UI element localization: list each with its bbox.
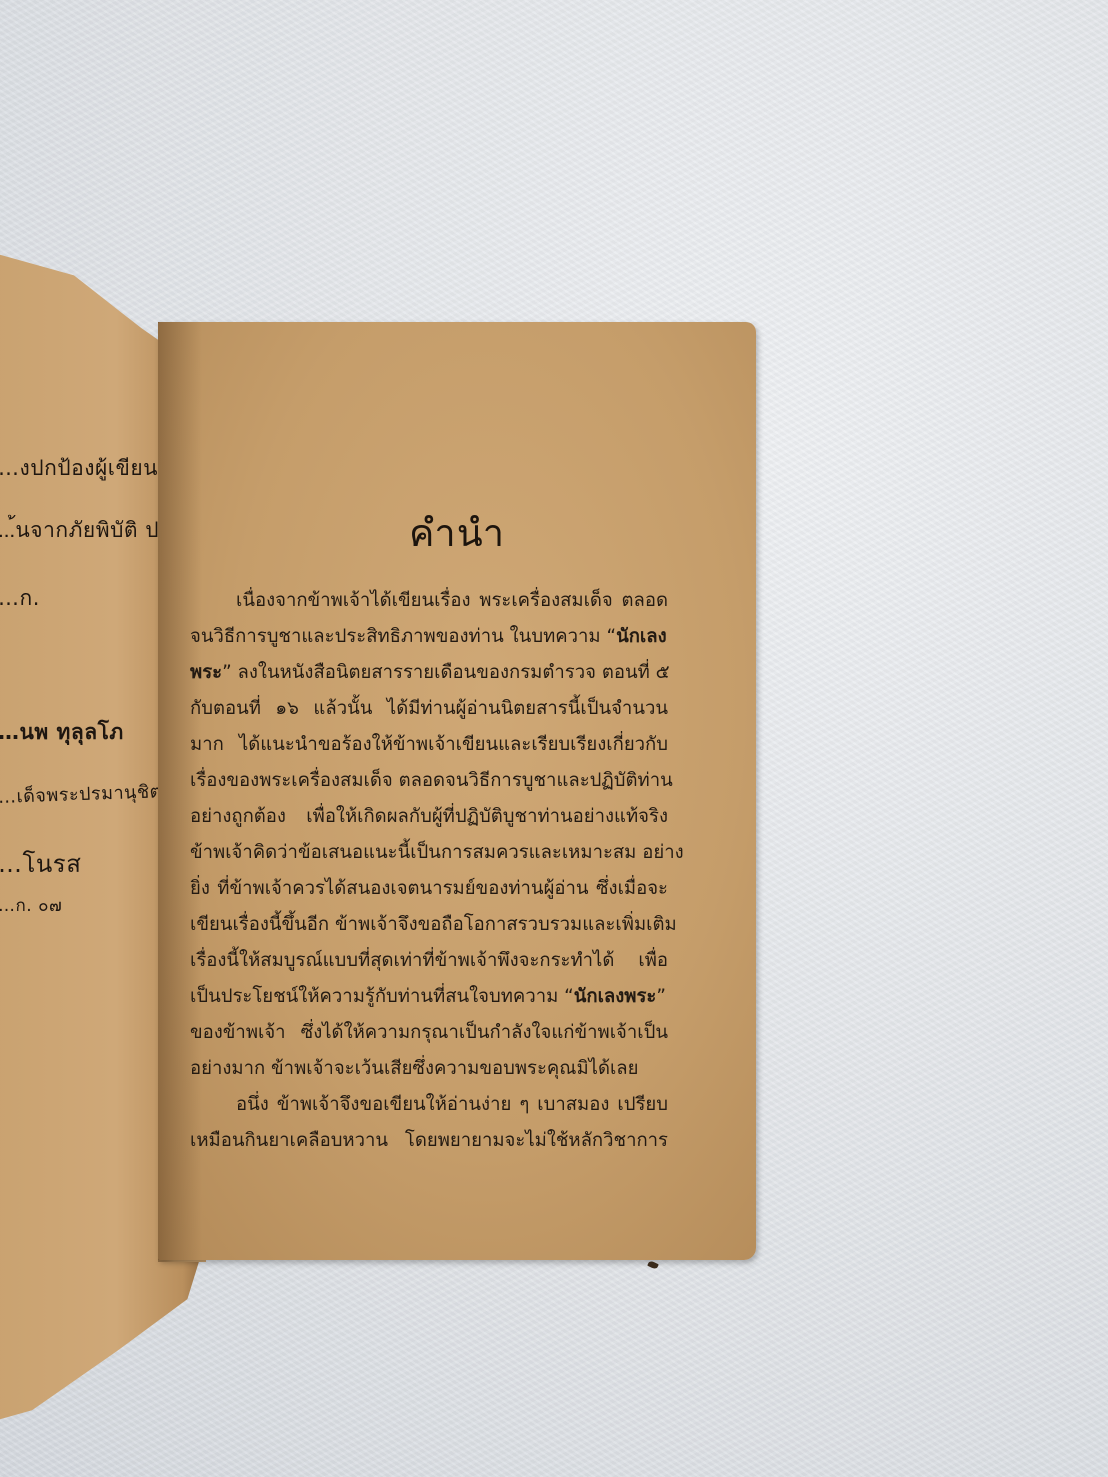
left-page-line: …นพ ทุลุลโภ <box>0 716 124 749</box>
text-line: มาก ได้แนะนำขอร้องให้ข้าพเจ้าเขียนและเรี… <box>190 730 668 759</box>
text-line: เขียนเรื่องนี้ขึ้นอีก ข้าพเจ้าจึงขอถือโอ… <box>190 910 668 939</box>
text-line: พระ” ลงในหนังสือนิตยสารรายเดือนของกรมตำร… <box>190 658 668 687</box>
left-page-line: …โนรส <box>0 844 81 883</box>
emphasis-text: นักเลง <box>616 626 667 647</box>
text-line: อนึ่ง ข้าพเจ้าจึงขอเขียนให้อ่านง่าย ๆ เบ… <box>236 1090 668 1119</box>
text-line: อย่างถูกต้อง เพื่อให้เกิดผลกับผู้ที่ปฏิบ… <box>190 802 668 831</box>
text-line: ของข้าพเจ้า ซึ่งได้ให้ความกรุณาเป็นกำลัง… <box>190 1018 668 1047</box>
text-line: อย่างมาก ข้าพเจ้าจะเว้นเสียซึ่งความขอบพร… <box>190 1054 668 1083</box>
text-line: ยิ่ง ที่ข้าพเจ้าควรได้สนองเจตนารมย์ของท่… <box>190 874 668 903</box>
text-line: จนวิธีการบูชาและประสิทธิภาพของท่าน ในบทค… <box>190 622 668 651</box>
page-title: คำนำ <box>158 502 756 563</box>
emphasis-text: พระ <box>190 662 222 683</box>
right-page: คำนำ เนื่องจากข้าพเจ้าได้เขียนเรื่อง พระ… <box>158 322 756 1260</box>
emphasis-text: นักเลงพระ <box>574 986 657 1007</box>
text-line: เรื่องของพระเครื่องสมเด็จ ตลอดจนวิธีการบ… <box>190 766 668 795</box>
text-line: ข้าพเจ้าคิดว่าข้อเสนอแนะนี้เป็นการสมควรแ… <box>190 838 668 867</box>
text-line: เรื่องนี้ให้สมบูรณ์แบบที่สุดเท่าที่ข้าพเ… <box>190 946 668 975</box>
text-line: เนื่องจากข้าพเจ้าได้เขียนเรื่อง พระเครื่… <box>236 586 668 615</box>
text-line: เป็นประโยชน์ให้ความรู้กับท่านที่สนใจบทคว… <box>190 982 668 1011</box>
left-page-line: …ก. <box>0 582 40 615</box>
text-line: เหมือนกินยาเคลือบหวาน โดยพยายามจะไม่ใช้ห… <box>190 1126 668 1155</box>
text-line: กับตอนที่ ๑๖ แล้วนั้น ได้มีท่านผู้อ่านนิ… <box>190 694 668 723</box>
left-page-line: …ก. ๐๗ <box>0 892 62 919</box>
